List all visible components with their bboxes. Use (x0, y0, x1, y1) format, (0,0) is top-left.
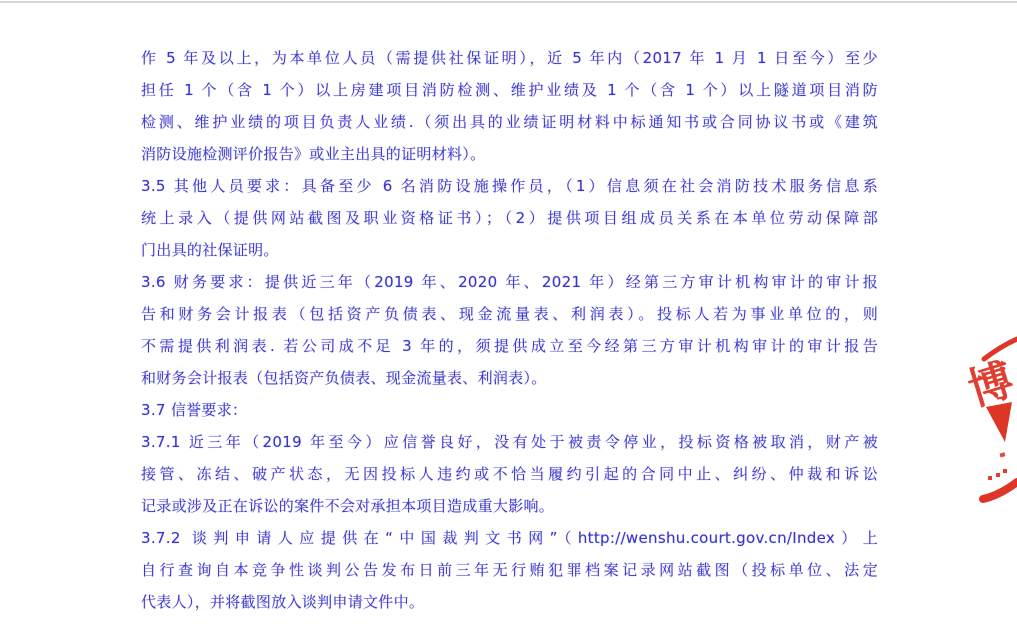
document-line: 和财务会计报表（包括资产负债表、现金流量表、利润表）。 (141, 362, 878, 394)
document-line: 记录或涉及正在诉讼的案件不会对承担本项目造成重大影响。 (141, 490, 878, 522)
document-text-block: 作 5 年及以上，为本单位人员（需提供社保证明），近 5 年内（2017 年 1… (141, 42, 878, 618)
seal-arc-top (984, 339, 1017, 359)
document-line: 告和财务会计报表（包括资产负债表、现金流量表、利润表）。投标人若为事业单位的，则 (141, 298, 878, 330)
document-line: 作 5 年及以上，为本单位人员（需提供社保证明），近 5 年内（2017 年 1… (141, 42, 878, 74)
seal-graphic: 博 (955, 335, 1017, 520)
document-line: 自行查询自本竞争性谈判公告发布日前三年无行贿犯罪档案记录网站截图（投标单位、法定 (141, 554, 878, 586)
top-divider-line (0, 1, 1017, 3)
document-line: 代表人），并将截图放入谈判申请文件中。 (141, 586, 878, 618)
seal-star-point (986, 402, 1012, 442)
document-line: 3.7.1 近三年（2019 年至今）应信誉良好，没有处于被责令停业，投标资格被… (141, 426, 878, 458)
seal-arc-bottom (983, 482, 1017, 499)
document-line: 担任 1 个（含 1 个）以上房建项目消防检测、维护业绩及 1 个（含 1 个）… (141, 74, 878, 106)
document-line: 不需提供利润表. 若公司成不足 3 年的，须提供成立至今经第三方审计机构审计的审… (141, 330, 878, 362)
document-line: 统上录入（提供网站截图及职业资格证书）；（2）提供项目组成员关系在本单位劳动保障… (141, 202, 878, 234)
document-line: 3.5 其他人员要求：具备至少 6 名消防设施操作员，（1）信息须在社会消防技术… (141, 170, 878, 202)
document-line: 3.7 信誉要求： (141, 394, 878, 426)
document-line: 3.7.2 谈判申请人应提供在“中国裁判文书网”（http://wenshu.c… (141, 522, 878, 554)
seal-fragment-dot (988, 476, 992, 480)
document-page: 作 5 年及以上，为本单位人员（需提供社保证明），近 5 年内（2017 年 1… (0, 0, 1017, 631)
seal-fragment-dot (1000, 452, 1006, 457)
red-seal-fragment: 博 (955, 335, 1017, 520)
document-line: 接管、冻结、破产状态，无因投标人违约或不恰当履约引起的合同中止、纠纷、仲裁和诉讼 (141, 458, 878, 490)
document-line: 消防设施检测评价报告》或业主出具的证明材料）。 (141, 138, 878, 170)
seal-fragment-dot (996, 473, 1000, 477)
document-line: 检测、维护业绩的项目负责人业绩.（须出具的业绩证明材料中标通知书或合同协议书或《… (141, 106, 878, 138)
seal-character: 博 (963, 354, 1017, 416)
document-line: 门出具的社保证明。 (141, 234, 878, 266)
seal-fragment-dot (1003, 469, 1007, 473)
document-line: 3.6 财务要求：提供近三年（2019 年、2020 年、2021 年）经第三方… (141, 266, 878, 298)
